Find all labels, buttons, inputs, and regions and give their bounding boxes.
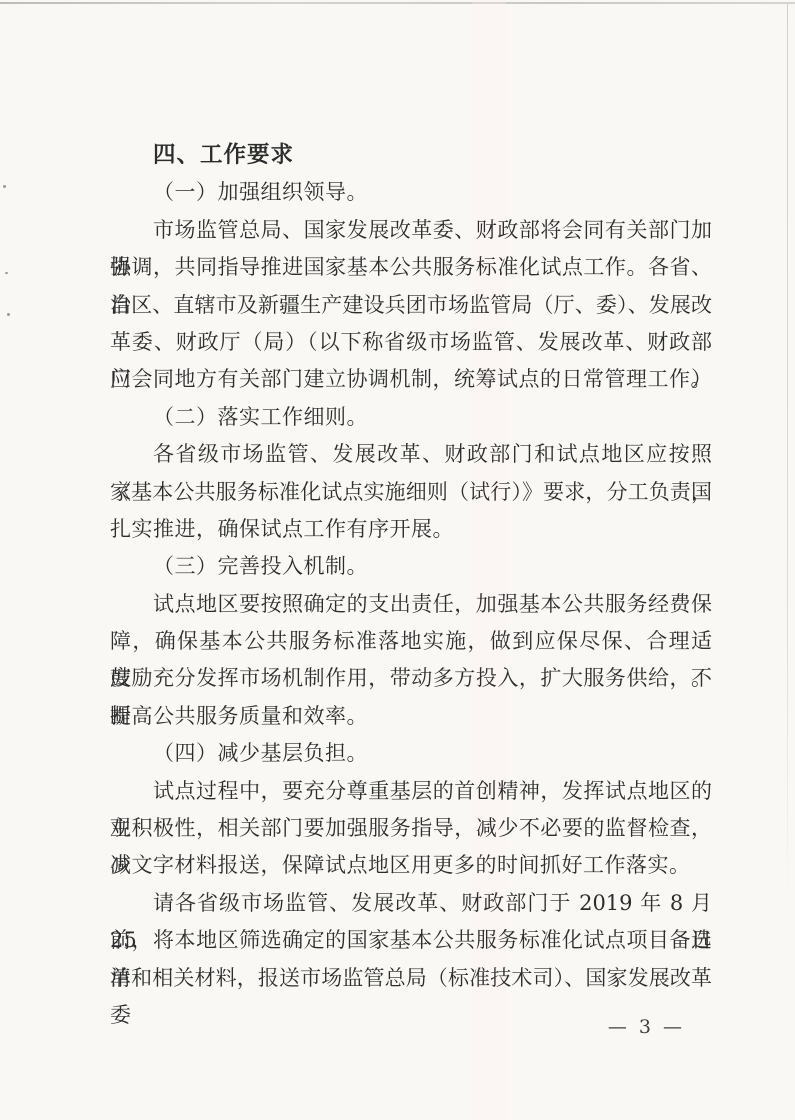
- doc-line: 各省级市场监管、发展改革、财政部门和试点地区应按照《国: [110, 436, 712, 473]
- doc-line: 扎实推进，确保试点工作有序开展。: [110, 511, 712, 548]
- doc-line: 请各省级市场监管、发展改革、财政部门于 2019 年 8 月 25 日: [110, 885, 712, 922]
- doc-line: 治区、直辖市及新疆生产建设兵团市场监管局（厅、委）、发展改: [110, 287, 712, 324]
- doc-line: 试点过程中，要充分尊重基层的首创精神，发挥试点地区的主: [110, 773, 712, 810]
- doc-line: 提高公共服务质量和效率。: [110, 698, 712, 735]
- doc-line: 观积极性，相关部门要加强服务指导，减少不必要的监督检查，减: [110, 810, 712, 847]
- doc-line: 家基本公共服务标准化试点实施细则（试行）》要求，分工负责，: [110, 474, 712, 511]
- doc-line: 试点地区要按照确定的支出责任，加强基本公共服务经费保: [110, 586, 712, 623]
- doc-line: 单和相关材料，报送市场监管总局（标准技术司）、国家发展改革委: [110, 960, 712, 997]
- doc-line: 鼓励充分发挥市场机制作用，带动多方投入，扩大服务供给，不断: [110, 660, 712, 697]
- document-body: 四、工作要求 （一）加强组织领导。 市场监管总局、国家发展改革委、财政部将会同有…: [110, 137, 712, 997]
- doc-line: 应会同地方有关部门建立协调机制，统筹试点的日常管理工作。: [110, 361, 712, 398]
- doc-line: 少文字材料报送，保障试点地区用更多的时间抓好工作落实。: [110, 847, 712, 884]
- scan-speck: [5, 272, 8, 274]
- scanned-document-page: 四、工作要求 （一）加强组织领导。 市场监管总局、国家发展改革委、财政部将会同有…: [0, 0, 795, 1120]
- doc-line: 协调，共同指导推进国家基本公共服务标准化试点工作。各省、自: [110, 249, 712, 286]
- scan-speck: [3, 185, 6, 188]
- page-number: — 3 —: [608, 1015, 685, 1039]
- section-heading-work-requirements: 四、工作要求: [110, 137, 712, 174]
- scan-speck: [7, 313, 10, 316]
- subsection-heading-2: （二）落实工作细则。: [110, 399, 712, 436]
- subsection-heading-4: （四）减少基层负担。: [110, 735, 712, 772]
- doc-line: 前，将本地区筛选确定的国家基本公共服务标准化试点项目备选清: [110, 922, 712, 959]
- scan-right-edge-line: [787, 4, 788, 904]
- doc-line: 革委、财政厅（局）（以下称省级市场监管、发展改革、财政部门）: [110, 324, 712, 361]
- scan-top-edge-line: [0, 2, 795, 4]
- doc-line: 障，确保基本公共服务标准落地实施，做到应保尽保、合理适度。: [110, 623, 712, 660]
- doc-line: 市场监管总局、国家发展改革委、财政部将会同有关部门加强: [110, 212, 712, 249]
- subsection-heading-3: （三）完善投入机制。: [110, 548, 712, 585]
- subsection-heading-1: （一）加强组织领导。: [110, 174, 712, 211]
